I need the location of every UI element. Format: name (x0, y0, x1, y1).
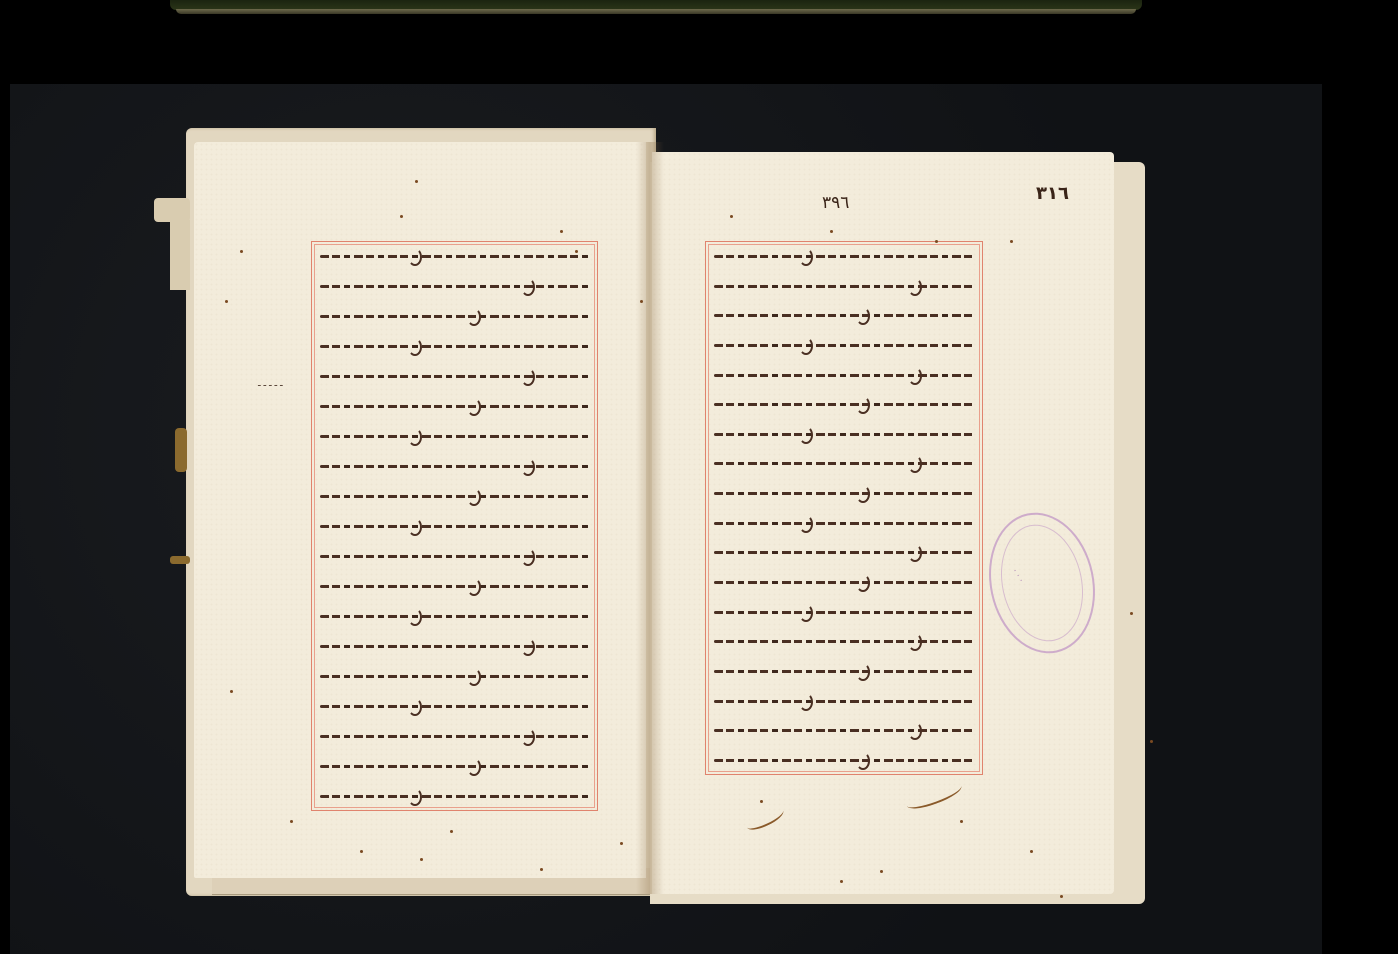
handwritten-line (320, 758, 589, 774)
foxing-spot (540, 868, 543, 871)
foxing-spot (360, 850, 363, 853)
foxing-spot (560, 230, 563, 233)
foxing-spot (730, 215, 733, 218)
handwritten-line (714, 307, 974, 323)
foxing-spot (640, 300, 643, 303)
foxing-spot (1030, 850, 1033, 853)
handwritten-line (320, 608, 589, 624)
handwritten-line (320, 698, 589, 714)
left-handwritten-lines (320, 248, 589, 804)
handwritten-line (320, 308, 589, 324)
handwritten-line (714, 663, 974, 679)
foxing-spot (1060, 895, 1063, 898)
handwritten-line (320, 338, 589, 354)
right-handwritten-lines (714, 248, 974, 768)
foxing-spot (1130, 612, 1133, 615)
handwritten-line (320, 368, 589, 384)
foxing-spot (450, 830, 453, 833)
foxing-spot (420, 858, 423, 861)
foxing-spot (935, 240, 938, 243)
handwritten-line (714, 278, 974, 294)
handwritten-line (320, 248, 589, 264)
handwritten-line (320, 728, 589, 744)
handwritten-line (320, 428, 589, 444)
torn-fragment (170, 220, 190, 290)
handwritten-line (320, 398, 589, 414)
foxing-spot (230, 690, 233, 693)
handwritten-line (714, 722, 974, 738)
handwritten-line (714, 752, 974, 768)
foxing-spot (830, 230, 833, 233)
left-text-block (311, 241, 598, 811)
stamp-inner-ring (991, 517, 1094, 649)
foxing-spot (415, 180, 418, 183)
handwritten-line (320, 518, 589, 534)
folio-number: ٣١٦ (1036, 183, 1069, 204)
handwritten-line (714, 693, 974, 709)
torn-fragment (170, 556, 190, 564)
handwritten-line (714, 544, 974, 560)
foxing-spot (760, 800, 763, 803)
handwritten-line (714, 367, 974, 383)
torn-fragment (175, 428, 187, 472)
handwritten-line (714, 337, 974, 353)
foxing-spot (1150, 740, 1153, 743)
handwritten-line (714, 396, 974, 412)
top-film-edge (176, 9, 1136, 14)
foxing-spot (1010, 240, 1013, 243)
handwritten-line (320, 668, 589, 684)
handwritten-line (714, 515, 974, 531)
foxing-spot (960, 820, 963, 823)
foxing-spot (575, 250, 578, 253)
foxing-spot (620, 842, 623, 845)
handwritten-line (320, 638, 589, 654)
foxing-spot (290, 820, 293, 823)
foxing-spot (400, 215, 403, 218)
handwritten-line (320, 278, 589, 294)
foxing-spot (880, 870, 883, 873)
handwritten-line (320, 458, 589, 474)
handwritten-line (714, 426, 974, 442)
torn-fragment (154, 198, 190, 222)
handwritten-line (714, 455, 974, 471)
handwritten-line (320, 548, 589, 564)
marginal-note: ـ ـ ـ ـ ـ (258, 379, 283, 389)
book-gutter (636, 142, 664, 894)
right-text-block (705, 241, 983, 775)
foxing-spot (225, 300, 228, 303)
handwritten-line (320, 488, 589, 504)
handwritten-line (714, 604, 974, 620)
handwritten-line (714, 574, 974, 590)
foxing-spot (240, 250, 243, 253)
handwritten-line (714, 248, 974, 264)
foxing-spot (840, 880, 843, 883)
page-number: ٣٩٦ (822, 193, 849, 213)
handwritten-line (320, 788, 589, 804)
handwritten-line (320, 578, 589, 594)
handwritten-line (714, 633, 974, 649)
handwritten-line (714, 485, 974, 501)
